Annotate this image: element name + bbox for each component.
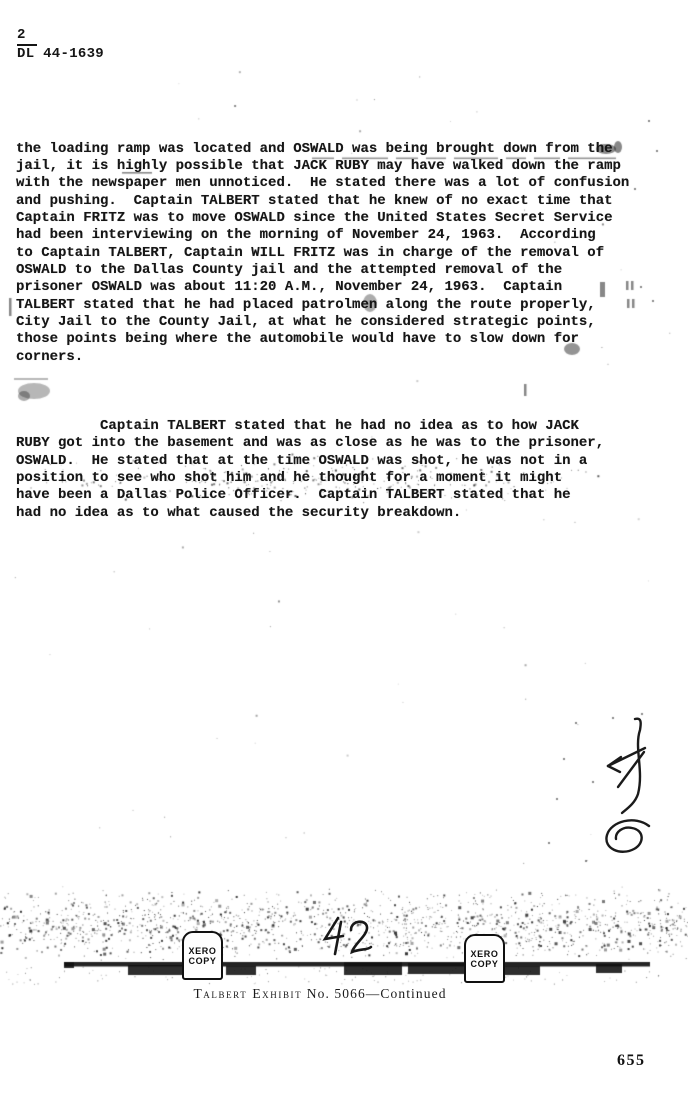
xero-copy-stamp: XERO COPY	[182, 931, 223, 980]
exhibit-caption-title: Talbert Exhibit	[193, 986, 302, 1001]
body-paragraph-1: the loading ramp was located and OSWALD …	[16, 141, 676, 366]
handwritten-mark	[552, 702, 688, 867]
exhibit-caption-ref: No. 5066—Continued	[307, 986, 447, 1001]
handwritten-page-number	[318, 913, 380, 959]
xero-copy-stamp: XERO COPY	[464, 934, 505, 983]
header-page-number: 2	[17, 28, 37, 46]
stamp-text-line2: COPY	[471, 959, 499, 969]
document-header: 2 DL 44-1639	[17, 28, 104, 62]
stamp-text-line1: XERO	[471, 949, 499, 959]
header-file-number: DL 44-1639	[17, 47, 104, 62]
document-body: the loading ramp was located and OSWALD …	[16, 106, 676, 557]
scanned-document-page: 2 DL 44-1639 the loading ramp was locate…	[0, 0, 688, 1094]
stamp-text-line1: XERO	[189, 946, 217, 956]
exhibit-caption: Talbert Exhibit No. 5066—Continued	[150, 986, 490, 1002]
stamp-text-line2: COPY	[189, 956, 217, 966]
page-number: 655	[617, 1052, 646, 1070]
body-paragraph-2: Captain TALBERT stated that he had no id…	[16, 418, 676, 522]
